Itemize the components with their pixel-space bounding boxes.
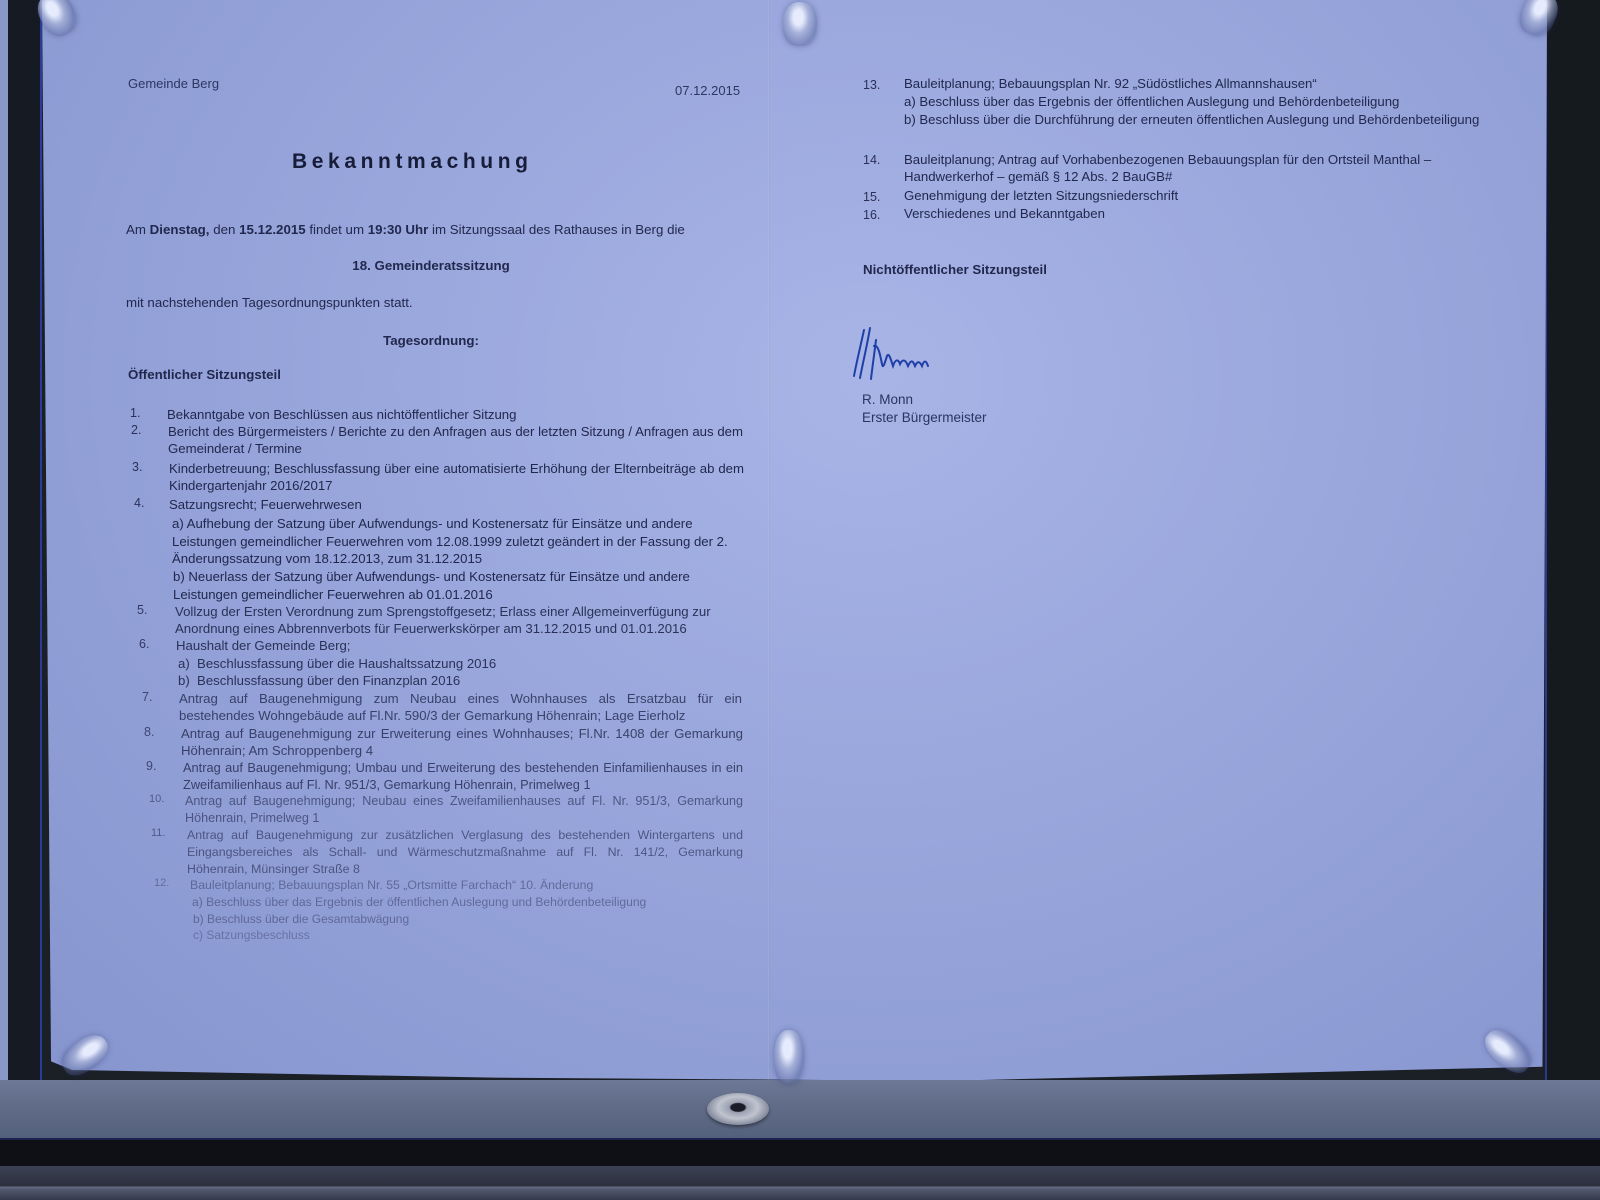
agenda-subitem: c) Satzungsbeschluss [193, 927, 733, 944]
meeting-date: 15.12.2015 [239, 222, 306, 237]
private-section-heading: Nichtöffentlicher Sitzungsteil [863, 262, 1047, 277]
intro-mid1: den [210, 222, 240, 237]
pushpin-icon [783, 2, 817, 46]
agenda-subitem: a) Aufhebung der Satzung über Aufwendung… [172, 515, 744, 568]
agenda-subitem: b) Neuerlass der Satzung über Aufwendung… [173, 568, 745, 603]
sill-lower-rail [0, 1166, 1600, 1200]
agenda-subitem: a) Beschlussfassung über die Haushaltssa… [178, 655, 738, 672]
intro-mid2: findet um [306, 222, 368, 237]
public-section-heading: Öffentlicher Sitzungsteil [128, 367, 281, 382]
notice-title: Bekanntmachung [292, 150, 533, 174]
agenda-subitem: b) Beschluss über die Durchführung der e… [904, 111, 1489, 129]
pushpin-icon [774, 1030, 804, 1084]
screw-washer-icon [707, 1093, 769, 1125]
agenda-subitem: a) Beschluss über das Ergebnis der öffen… [192, 894, 732, 911]
meeting-time: 19:30 Uhr [368, 222, 429, 237]
agenda-heading: Tagesordnung: [126, 333, 736, 348]
display-case-frame-left [0, 0, 50, 1090]
intro-suffix: im Sitzungssaal des Rathauses in Berg di… [428, 222, 684, 237]
intro-prefix: Am [126, 222, 150, 237]
meeting-name: 18. Gemeinderatssitzung [126, 258, 736, 273]
agenda-subitem: a) Beschluss über das Ergebnis der öffen… [904, 93, 1494, 110]
display-case-sill [0, 1080, 1600, 1140]
sill-shadow [0, 1138, 1600, 1168]
intro-tail: mit nachstehenden Tagesordnungspunkten s… [126, 295, 413, 310]
notice-date: 07.12.2015 [675, 83, 740, 98]
agenda-subitem: b) Beschlussfassung über den Finanzplan … [178, 672, 738, 689]
paper-fold [768, 0, 770, 1080]
signatory-name: R. Monn [862, 392, 913, 407]
signature-icon [852, 326, 947, 381]
agenda-subitem: b) Beschluss über die Gesamtabwägung [193, 911, 733, 928]
signatory-role: Erster Bürgermeister [862, 410, 987, 425]
municipality-name: Gemeinde Berg [128, 76, 219, 91]
intro-sentence: Am Dienstag, den 15.12.2015 findet um 19… [126, 222, 685, 237]
display-case-frame-right [1545, 0, 1600, 1085]
meeting-weekday: Dienstag, [150, 222, 210, 237]
